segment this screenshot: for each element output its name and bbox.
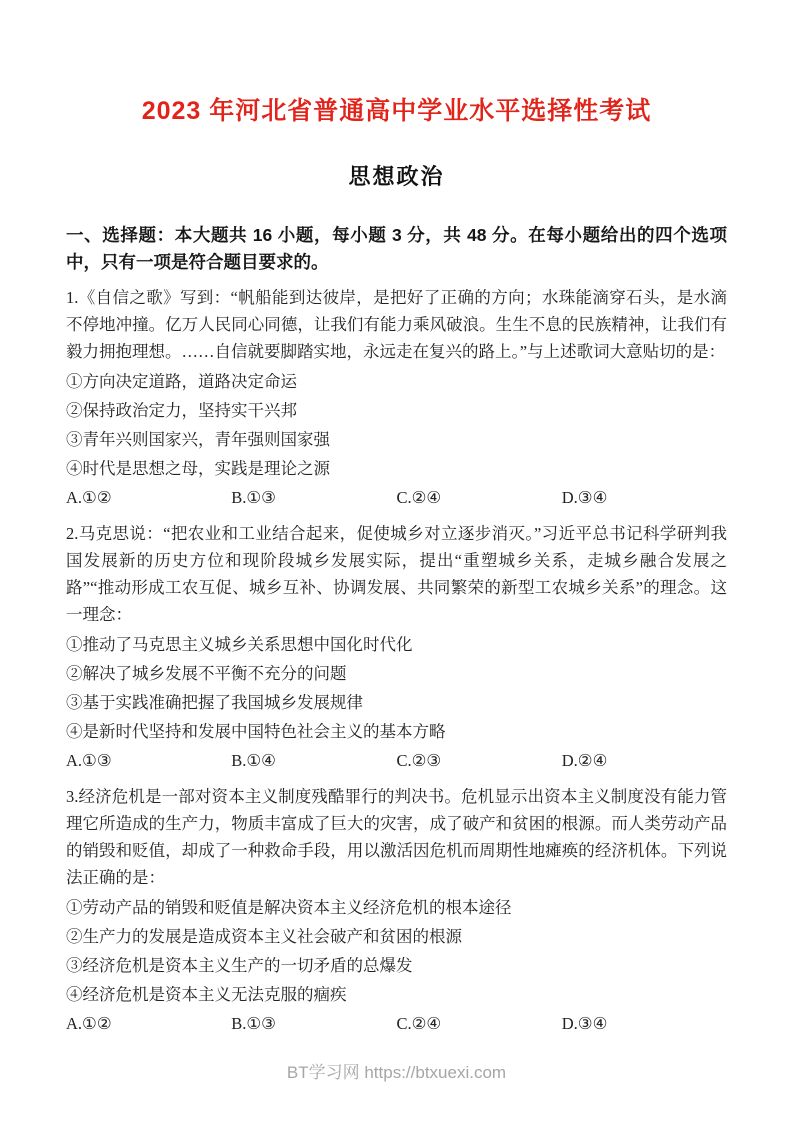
question-1: 1.《自信之歌》写到：“帆船能到达彼岸，是把好了正确的方向；水珠能滴穿石头，是水… xyxy=(66,284,727,512)
question-1-item-1: ①方向决定道路，道路决定命运 xyxy=(66,367,727,396)
question-1-stem: 1.《自信之歌》写到：“帆船能到达彼岸，是把好了正确的方向；水珠能滴穿石头，是水… xyxy=(66,284,727,365)
question-3-item-4: ④经济危机是资本主义无法克服的痼疾 xyxy=(66,980,727,1009)
question-1-choice-b: B.①③ xyxy=(231,483,396,512)
question-1-item-3: ③青年兴则国家兴，青年强则国家强 xyxy=(66,425,727,454)
question-2-item-1: ①推动了马克思主义城乡关系思想中国化时代化 xyxy=(66,630,727,659)
page-title: 2023 年河北省普通高中学业水平选择性考试 xyxy=(66,96,727,126)
question-2-item-4: ④是新时代坚持和发展中国特色社会主义的基本方略 xyxy=(66,717,727,746)
subject-title: 思想政治 xyxy=(66,164,727,190)
question-1-item-2: ②保持政治定力，坚持实干兴邦 xyxy=(66,396,727,425)
section-heading: 一、选择题：本大题共 16 小题，每小题 3 分，共 48 分。在每小题给出的四… xyxy=(66,222,727,276)
question-3-choice-row: A.①② B.①③ C.②④ D.③④ xyxy=(66,1009,727,1038)
question-3-choice-c: C.②④ xyxy=(397,1009,562,1038)
question-3: 3.经济危机是一部对资本主义制度残酷罪行的判决书。危机显示出资本主义制度没有能力… xyxy=(66,783,727,1038)
question-3-item-1: ①劳动产品的销毁和贬值是解决资本主义经济危机的根本途径 xyxy=(66,893,727,922)
question-3-item-3: ③经济危机是资本主义生产的一切矛盾的总爆发 xyxy=(66,951,727,980)
question-2-choice-row: A.①③ B.①④ C.②③ D.②④ xyxy=(66,746,727,775)
question-3-stem: 3.经济危机是一部对资本主义制度残酷罪行的判决书。危机显示出资本主义制度没有能力… xyxy=(66,783,727,891)
question-1-choice-d: D.③④ xyxy=(562,483,727,512)
question-2-choice-b: B.①④ xyxy=(231,746,396,775)
question-3-choice-b: B.①③ xyxy=(231,1009,396,1038)
question-3-choice-d: D.③④ xyxy=(562,1009,727,1038)
question-3-item-2: ②生产力的发展是造成资本主义社会破产和贫困的根源 xyxy=(66,922,727,951)
question-1-choice-row: A.①② B.①③ C.②④ D.③④ xyxy=(66,483,727,512)
question-3-choice-a: A.①② xyxy=(66,1009,231,1038)
exam-page: 2023 年河北省普通高中学业水平选择性考试 思想政治 一、选择题：本大题共 1… xyxy=(0,0,793,1122)
question-2-choice-c: C.②③ xyxy=(397,746,562,775)
question-2-item-2: ②解决了城乡发展不平衡不充分的问题 xyxy=(66,659,727,688)
question-1-choice-c: C.②④ xyxy=(397,483,562,512)
question-2-stem: 2.马克思说：“把农业和工业结合起来，促使城乡对立逐步消灭。”习近平总书记科学研… xyxy=(66,520,727,628)
question-1-choice-a: A.①② xyxy=(66,483,231,512)
question-2-item-3: ③基于实践准确把握了我国城乡发展规律 xyxy=(66,688,727,717)
question-2-choice-a: A.①③ xyxy=(66,746,231,775)
question-2: 2.马克思说：“把农业和工业结合起来，促使城乡对立逐步消灭。”习近平总书记科学研… xyxy=(66,520,727,775)
question-2-choice-d: D.②④ xyxy=(562,746,727,775)
question-1-item-4: ④时代是思想之母，实践是理论之源 xyxy=(66,454,727,483)
footer-watermark: BT学习网 https://btxuexi.com xyxy=(0,1058,793,1083)
